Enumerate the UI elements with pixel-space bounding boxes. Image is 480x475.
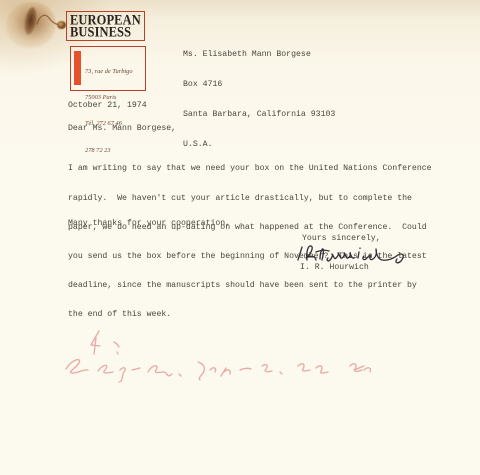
letterhead-accent-bar xyxy=(74,51,81,85)
letter-page: EUROPEAN BUSINESS 73, rue de Turbigo 750… xyxy=(0,0,480,475)
recipient-line: Santa Barbara, California 93103 xyxy=(183,110,335,120)
rust-stain-dot xyxy=(57,21,66,29)
body-line: deadline, since the manuscripts should h… xyxy=(68,281,432,291)
body-line: I am writing to say that we need your bo… xyxy=(68,164,432,174)
closing-line: Many thanks for your cooperation, xyxy=(68,219,230,229)
address-line: 73, rue de Turbigo xyxy=(85,68,133,77)
salutation: Dear Ms. Mann Borgese, xyxy=(68,124,176,134)
letterhead-address-box: 73, rue de Turbigo 75003 Paris Tél. 272 … xyxy=(70,46,146,91)
typed-signature-name: I. R. Hourwich xyxy=(300,263,369,273)
brand-name-line2: BUSINESS xyxy=(70,25,141,38)
letterhead-logo-box: EUROPEAN BUSINESS xyxy=(66,11,145,41)
red-pencil-scribble-icon xyxy=(58,326,378,388)
recipient-line: Box 4716 xyxy=(183,80,335,90)
body-line: rapidly. We haven't cut your article dra… xyxy=(68,194,432,204)
date-line: October 21, 1974 xyxy=(68,101,147,111)
body-line: the end of this week. xyxy=(68,310,432,320)
recipient-line: Ms. Elisabeth Mann Borgese xyxy=(183,50,335,60)
